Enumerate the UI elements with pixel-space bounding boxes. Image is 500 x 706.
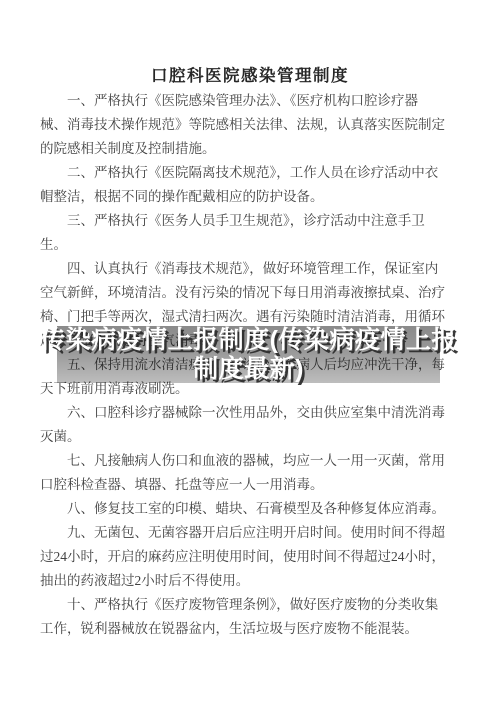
text-line: 抽出的药液超过2小时后不得使用。	[40, 569, 455, 593]
watermark-title-line-1: 传染病疫情上报制度(传染病疫情上报	[40, 326, 457, 355]
text-line: 空气新鲜，环境清洁。没有污染的情况下每日用消毒液擦拭桌、治疗	[40, 281, 455, 305]
document-page: 口腔科医院感染管理制度 一、严格执行《医院感染管理办法》、《医疗机构口腔诊疗器械…	[0, 0, 500, 706]
text-line: 口腔科检查器、填器、托盘等应一人一用消毒。	[40, 473, 455, 497]
text-line: 十、严格执行《医疗废物管理条例》，做好医疗废物的分类收集	[40, 593, 455, 617]
text-line: 生。	[40, 233, 455, 257]
text-line: 六、口腔科诊疗器械除一次性用品外，交由供应室集中清洗消毒	[40, 401, 455, 425]
watermark-title-line-2: 制度最新)	[193, 355, 304, 384]
text-line: 八、修复技工室的印模、蜡块、石膏模型及各种修复体应消毒。	[40, 497, 455, 521]
text-line: 械、消毒技术操作规范》等院感相关法律、法规，认真落实医院制定	[40, 113, 455, 137]
text-line: 工作，锐利器械放在锐器盆内，生活垃圾与医疗废物不能混装。	[40, 617, 455, 641]
document-title: 口腔科医院感染管理制度	[0, 62, 500, 86]
text-line: 过24小时，开启的麻药应注明使用时间，使用时间不得超过24小时，	[40, 545, 455, 569]
text-line: 七、凡接触病人伤口和血液的器械，均应一人一用一灭菌，常用	[40, 449, 455, 473]
text-line: 三、严格执行《医务人员手卫生规范》，诊疗活动中注意手卫	[40, 209, 455, 233]
text-line: 帽整洁，根据不同的操作配戴相应的防护设备。	[40, 185, 455, 209]
watermark-banner: 传染病疫情上报制度(传染病疫情上报 制度最新)	[57, 326, 440, 383]
text-line: 的院感相关制度及控制措施。	[40, 137, 455, 161]
text-line: 二、严格执行《医院隔离技术规范》，工作人员在诊疗活动中衣	[40, 161, 455, 185]
text-line: 四、认真执行《消毒技术规范》，做好环境管理工作，保证室内	[40, 257, 455, 281]
text-line: 一、严格执行《医院感染管理办法》、《医疗机构口腔诊疗器	[40, 89, 455, 113]
text-line: 九、无菌包、无菌容器开启后应注明开启时间。使用时间不得超	[40, 521, 455, 545]
text-line: 灭菌。	[40, 425, 455, 449]
